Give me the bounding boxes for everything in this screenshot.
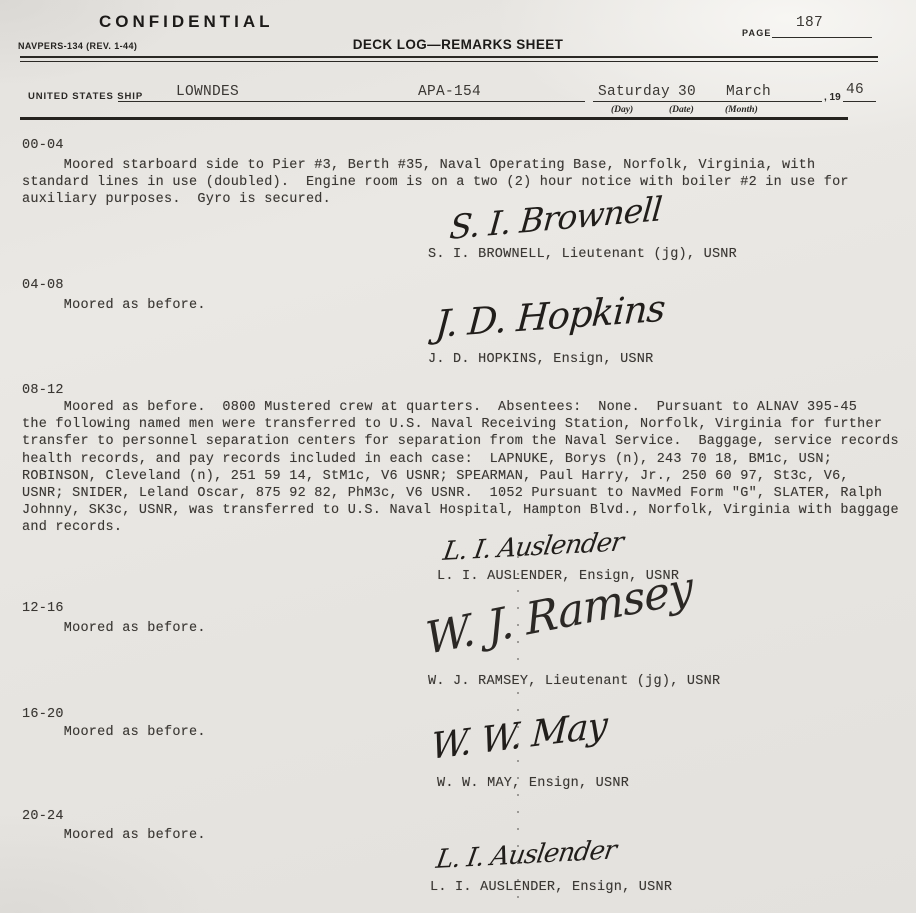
signer-line-may: W. W. MAY, Ensign, USNR (437, 775, 629, 792)
date-underline (593, 100, 822, 102)
ship-name: LOWNDES (176, 84, 239, 100)
signer-line-auslender-2: L. I. AUSLENDER, Ensign, USNR (430, 879, 672, 896)
hull-number: APA-154 (418, 84, 481, 100)
page-number: 187 (796, 15, 823, 31)
document-title: DECK LOG—REMARKS SHEET (0, 37, 916, 52)
watch-label-0004: 00-04 (22, 137, 64, 154)
entry-text-0812: Moored as before. 0800 Mustered crew at … (22, 399, 899, 537)
watch-label-1620: 16-20 (22, 706, 64, 723)
watch-label-0812: 08-12 (22, 382, 64, 399)
deck-log-remarks-sheet: CONFIDENTIAL PAGE 187 NAVPERS-134 (REV. … (0, 0, 916, 913)
entry-text-2024: Moored as before. (22, 827, 206, 844)
header-double-rule (20, 56, 878, 62)
date-value: 30 (678, 84, 696, 100)
entry-text-0004: Moored starboard side to Pier #3, Berth … (22, 157, 849, 209)
watch-label-1216: 12-16 (22, 600, 64, 617)
signature-auslender-2: L. I. Auslender (434, 835, 618, 875)
month-caption: (Month) (725, 105, 758, 115)
signer-line-hopkins: J. D. HOPKINS, Ensign, USNR (428, 351, 654, 368)
year-underline (843, 100, 876, 102)
day-caption: (Day) (611, 105, 633, 115)
entry-text-0408: Moored as before. (22, 297, 206, 314)
year-value: 46 (846, 82, 864, 98)
signer-line-ramsey: W. J. RAMSEY, Lieutenant (jg), USNR (428, 673, 720, 690)
signer-line-brownell: S. I. BROWNELL, Lieutenant (jg), USNR (428, 246, 737, 263)
fold-perforation-line (517, 556, 519, 913)
date-caption: (Date) (669, 105, 694, 115)
ship-underline (118, 100, 585, 102)
watch-label-0408: 04-08 (22, 277, 64, 294)
month-value: March (726, 84, 771, 100)
entry-text-1216: Moored as before. (22, 620, 206, 637)
signature-hopkins: J. D. Hopkins (434, 287, 666, 346)
day-value: Saturday (598, 84, 670, 100)
year-prefix: , 19 (824, 92, 841, 103)
classification-stamp: CONFIDENTIAL (99, 12, 274, 32)
watch-label-2024: 20-24 (22, 808, 64, 825)
entry-text-1620: Moored as before. (22, 724, 206, 741)
header-thick-rule (20, 117, 848, 120)
